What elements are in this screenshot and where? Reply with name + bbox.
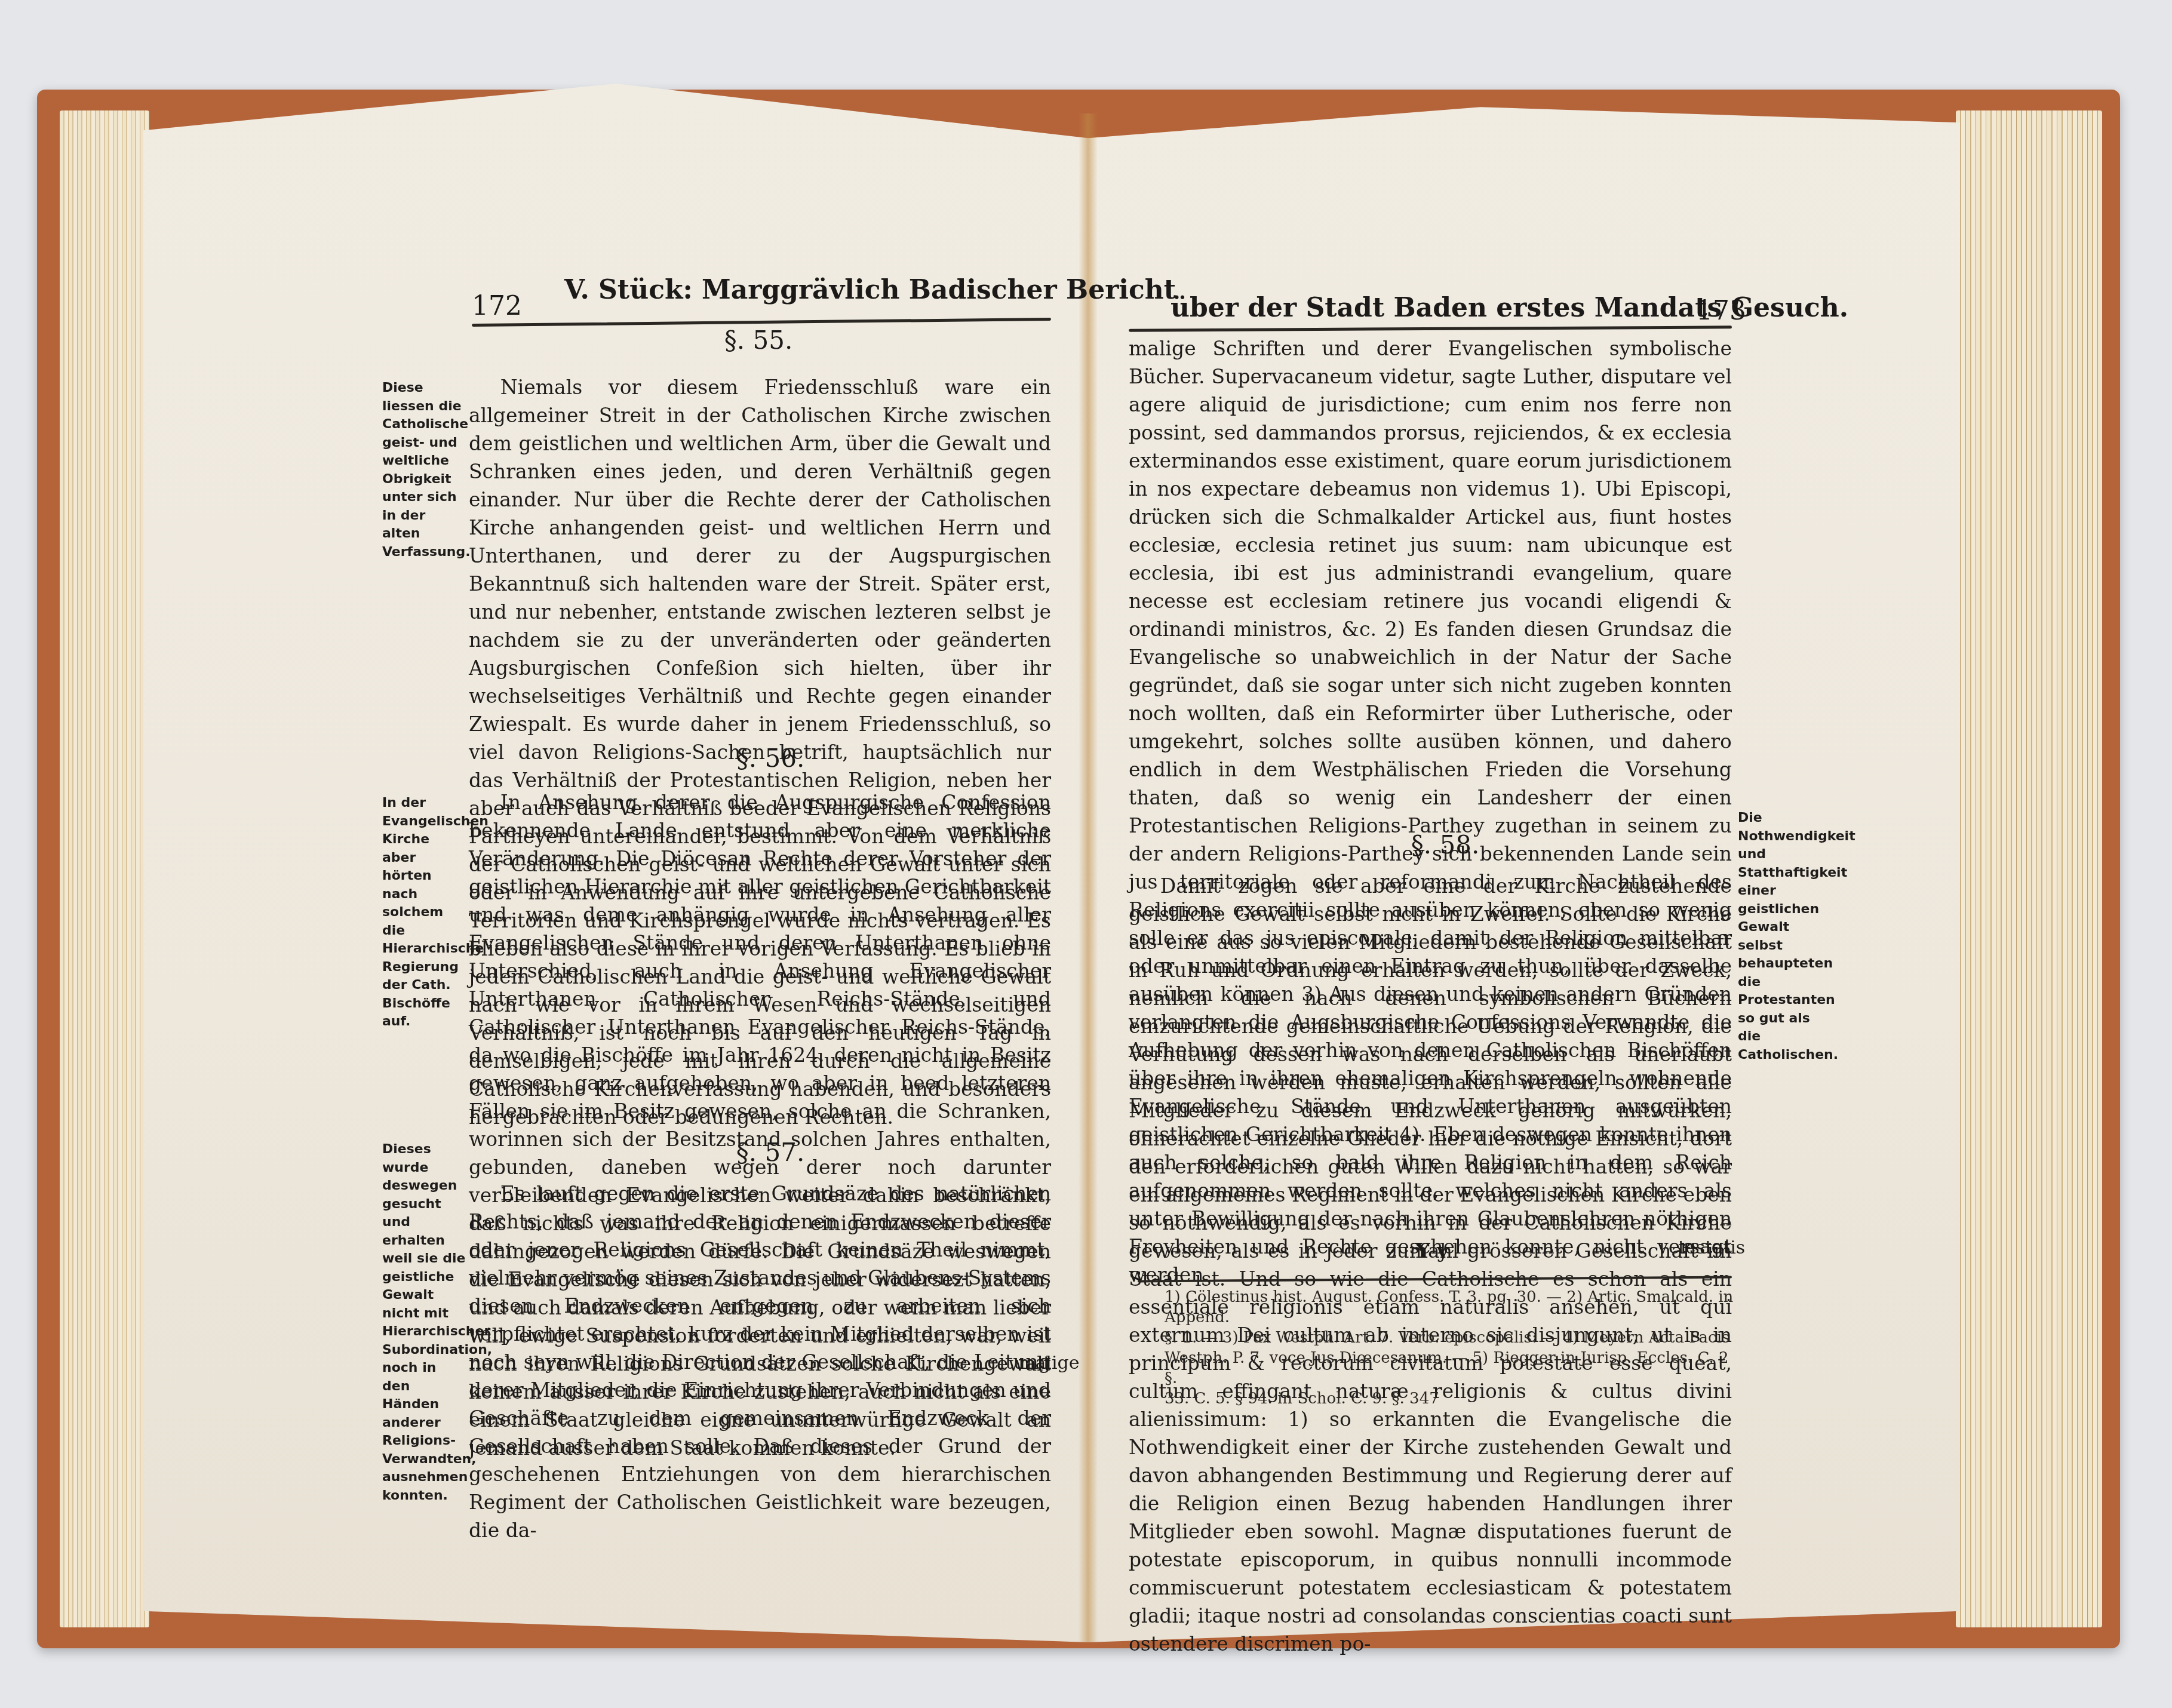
section-57-paragraph: Es lauft gegen die erste Grundsäze des n… bbox=[469, 1179, 1051, 1544]
left-page-number: 172 bbox=[472, 291, 522, 321]
section-57-text: Es lauft gegen die erste Grundsäze des n… bbox=[469, 1179, 1051, 1544]
right-page-edges bbox=[1956, 110, 2102, 1627]
right-catchword: testatis bbox=[1678, 1237, 1745, 1258]
right-page-number: 173 bbox=[1696, 296, 1746, 326]
left-page-edges bbox=[60, 110, 149, 1627]
margin-note-58: Die Nothwendigkeit und Statthaftigkeit e… bbox=[1738, 809, 1821, 1064]
section-58-heading: §. 58. bbox=[1368, 830, 1523, 859]
margin-note-57: Dieses wurde deswegen gesucht und erhalt… bbox=[382, 1141, 466, 1505]
right-running-head: über der Stadt Baden erstes Mandats Gesu… bbox=[1171, 293, 1848, 323]
footnote-line: Westph. P. 7. voce Jus Diœcesanum. — 5) … bbox=[1165, 1348, 1738, 1388]
section-55-heading: §. 55. bbox=[681, 325, 836, 355]
margin-note-55: Diese liessen die Catholische geist- und… bbox=[382, 379, 466, 561]
signature-mark: Y y bbox=[1415, 1239, 1449, 1263]
section-57-heading: §. 57. bbox=[693, 1138, 848, 1167]
footnote-line: 1) Cölestinus hist. August. Confess. T. … bbox=[1165, 1287, 1738, 1328]
book-gutter bbox=[1079, 113, 1098, 1642]
section-58-text: Damit zogen sie aber eine der Kirche zus… bbox=[1129, 872, 1732, 1658]
section-58-paragraph: Damit zogen sie aber eine der Kirche zus… bbox=[1129, 872, 1732, 1658]
footnote-line: §. 1. — 3) Pax Westph. Art. 7. Verb. epi… bbox=[1165, 1328, 1738, 1348]
left-running-head: V. Stück: Marggrävlich Badischer Bericht bbox=[564, 275, 1176, 305]
footnote-line: 33. C. 5. § 94. in Schol. C. 9. §. 347 bbox=[1165, 1388, 1738, 1409]
margin-note-56: In der Evangelischen Kirche aber hörten … bbox=[382, 794, 466, 1031]
footnotes: 1) Cölestinus hist. August. Confess. T. … bbox=[1165, 1287, 1738, 1409]
section-56-heading: §. 56. bbox=[693, 744, 848, 773]
left-catchword: malige bbox=[1018, 1353, 1079, 1374]
